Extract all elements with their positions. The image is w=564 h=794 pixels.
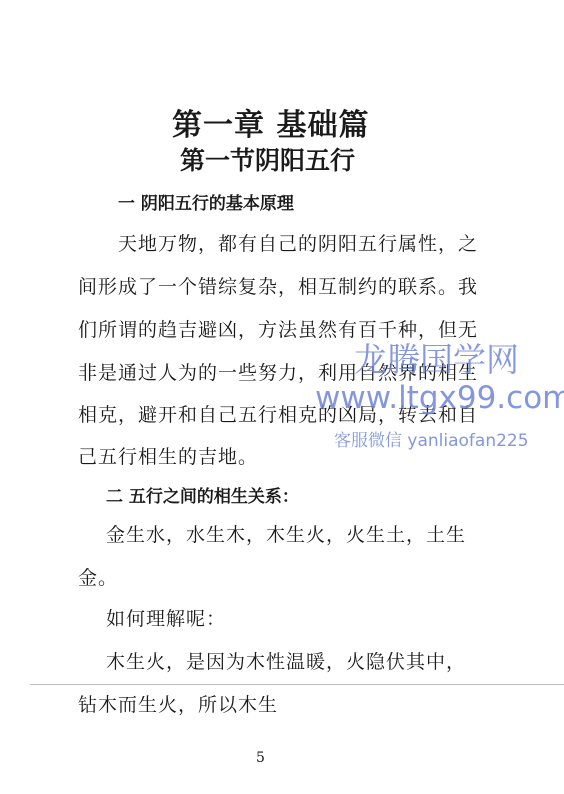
watermark-contact: 客服微信 yanliaofan225 bbox=[334, 426, 529, 451]
paragraph-line: 钻木而生火，所以木生 bbox=[78, 690, 278, 717]
paragraph-line: 天地万物，都有自己的阴阳五行属性，之 bbox=[118, 229, 478, 256]
paragraph-question: 如何理解呢： bbox=[106, 604, 226, 631]
paragraph-line: 金。 bbox=[78, 563, 118, 590]
chapter-title: 第一章 基础篇 bbox=[172, 100, 369, 144]
paragraph-line: 木生火，是因为木性温暖，火隐伏其中， bbox=[106, 647, 466, 674]
scan-rule-line bbox=[30, 684, 564, 685]
paragraph-line: 金生水，水生木，木生火，火生土，土生 bbox=[106, 520, 466, 547]
paragraph-line: 己五行相生的吉地。 bbox=[78, 442, 258, 469]
heading-principles: 一 阴阳五行的基本原理 bbox=[118, 189, 294, 214]
watermark-title: 龙腾国学网 bbox=[354, 334, 519, 381]
heading-generating-relations: 二 五行之间的相生关系： bbox=[106, 482, 299, 507]
section-title: 第一节阴阳五行 bbox=[180, 141, 355, 177]
watermark-url: www.ltgx99.com bbox=[315, 380, 564, 416]
paragraph-line: 间形成了一个错综复杂，相互制约的联系。我 bbox=[78, 272, 478, 299]
page-number: 5 bbox=[256, 750, 265, 766]
